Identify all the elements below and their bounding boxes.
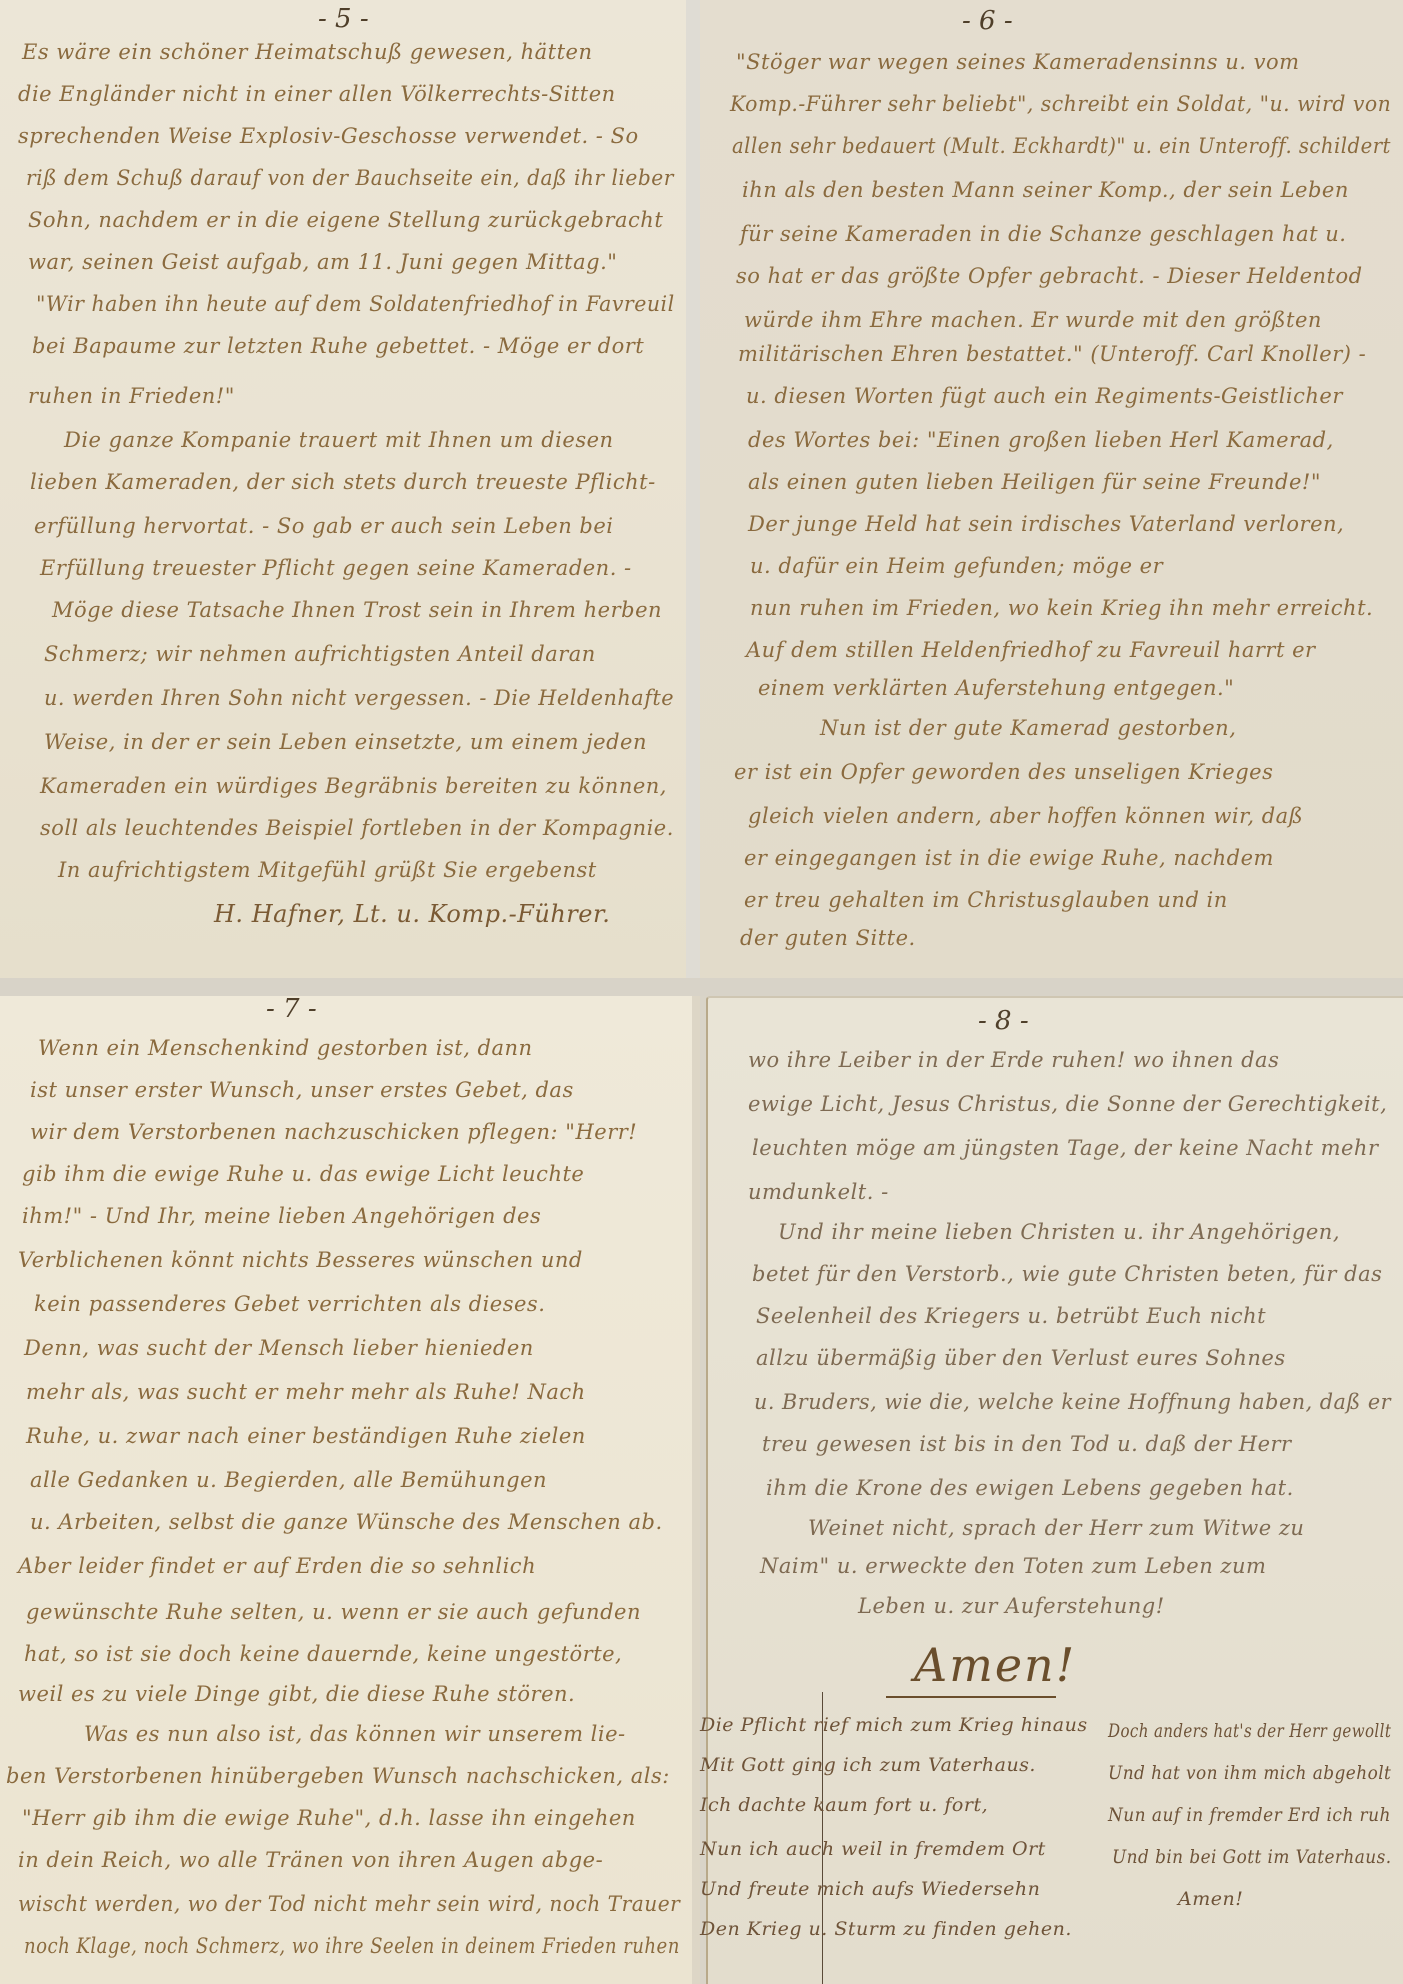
- closing-amen: Amen!: [914, 1638, 1076, 1692]
- text-line: war, seinen Geist aufgab, am 11. Juni ge…: [28, 250, 617, 274]
- text-line: Schmerz; wir nehmen aufrichtigsten Antei…: [44, 642, 596, 666]
- text-line: alle Gedanken u. Begierden, alle Bemühun…: [30, 1468, 547, 1492]
- page-edge: [686, 0, 700, 978]
- text-line: "Stöger war wegen seines Kameradensinns …: [736, 50, 1300, 74]
- text-line: würde ihm Ehre machen. Er wurde mit den …: [744, 308, 1322, 332]
- poem-line: Die Pflicht rief mich zum Krieg hinaus: [700, 1714, 1088, 1736]
- amen-underline: [886, 1696, 1056, 1698]
- text-line: bei Bapaume zur letzten Ruhe gebettet. -…: [32, 334, 644, 358]
- text-line: Leben u. zur Auferstehung!: [858, 1594, 1165, 1618]
- text-line: Kameraden ein würdiges Begräbnis bereite…: [40, 774, 667, 798]
- text-line: wischt werden, wo der Tod nicht mehr sei…: [18, 1892, 680, 1916]
- text-line: für seine Kameraden in die Schanze gesch…: [740, 222, 1346, 246]
- text-line: weil es zu viele Dinge gibt, die diese R…: [18, 1682, 575, 1706]
- text-line: lieben Kameraden, der sich stets durch t…: [30, 470, 656, 494]
- text-line: umdunkelt. -: [748, 1180, 889, 1204]
- text-line: noch Klage, noch Schmerz, wo ihre Seelen…: [24, 1934, 680, 1958]
- text-line: Seelenheil des Kriegers u. betrübt Euch …: [756, 1304, 1266, 1328]
- text-line: riß dem Schuß darauf von der Bauchseite …: [26, 166, 674, 190]
- text-line: Es wäre ein schöner Heimatschuß gewesen,…: [22, 40, 592, 64]
- text-line: In aufrichtigstem Mitgefühl grüßt Sie er…: [58, 858, 597, 882]
- page-6: - 6 - "Stöger war wegen seines Kameraden…: [700, 0, 1403, 978]
- text-line: Möge diese Tatsache Ihnen Trost sein in …: [52, 598, 662, 622]
- poem-line: Mit Gott ging ich zum Vaterhaus.: [700, 1754, 1036, 1776]
- text-line: u. werden Ihren Sohn nicht vergessen. - …: [44, 686, 674, 710]
- text-line: "Wir haben ihn heute auf dem Soldatenfri…: [36, 292, 675, 316]
- text-line: des Wortes bei: "Einen großen lieben Her…: [748, 428, 1334, 452]
- page-number: - 5 -: [318, 4, 369, 34]
- poem-line: Nun ich auch weil in fremdem Ort: [700, 1838, 1046, 1860]
- text-line: er treu gehalten im Christusglauben und …: [744, 888, 1228, 912]
- page-8: - 8 - wo ihre Leiber in der Erde ruhen! …: [706, 996, 1403, 1984]
- text-line: Ruhe, u. zwar nach einer beständigen Ruh…: [26, 1424, 586, 1448]
- text-line: Weise, in der er sein Leben einsetzte, u…: [44, 730, 647, 754]
- text-line: u. diesen Worten fügt auch ein Regiments…: [746, 384, 1343, 408]
- page-number: - 6 -: [962, 6, 1013, 36]
- text-line: ihm!" - Und Ihr, meine lieben Angehörige…: [22, 1204, 541, 1228]
- poem-line: Ich dachte kaum fort u. fort,: [700, 1794, 988, 1816]
- text-line: Erfüllung treuester Pflicht gegen seine …: [40, 556, 632, 580]
- poem-line: Amen!: [1178, 1888, 1243, 1910]
- text-line: Naim" u. erweckte den Toten zum Leben zu…: [760, 1554, 1266, 1578]
- page-edge: [692, 996, 700, 1984]
- text-line: ihm die Krone des ewigen Lebens gegeben …: [766, 1476, 1294, 1500]
- page-number: - 8 -: [978, 1006, 1029, 1036]
- text-line: als einen guten lieben Heiligen für sein…: [748, 470, 1321, 494]
- text-line: sprechenden Weise Explosiv-Geschosse ver…: [18, 124, 639, 148]
- text-line: militärischen Ehren bestattet." (Unterof…: [738, 342, 1366, 366]
- text-line: betet für den Verstorb., wie gute Christ…: [752, 1262, 1382, 1286]
- poem-line: Und hat von ihm mich abgeholt: [1108, 1762, 1391, 1784]
- text-line: erfüllung hervortat. - So gab er auch se…: [34, 514, 614, 538]
- text-line: Komp.-Führer sehr beliebt", schreibt ein…: [730, 92, 1391, 116]
- text-line: soll als leuchtendes Beispiel fortleben …: [40, 816, 674, 840]
- poem-line: Und bin bei Gott im Vaterhaus.: [1112, 1846, 1392, 1868]
- text-line: kein passenderes Gebet verrichten als di…: [34, 1292, 545, 1316]
- poem-line: Nun auf in fremder Erd ich ruh: [1108, 1804, 1391, 1826]
- text-line: Aber leider findet er auf Erden die so s…: [18, 1554, 536, 1578]
- text-line: hat, so ist sie doch keine dauernde, kei…: [24, 1642, 622, 1666]
- text-line: Was es nun also ist, das können wir unse…: [84, 1722, 626, 1746]
- text-line: allzu übermäßig über den Verlust eures S…: [756, 1346, 1286, 1370]
- text-line: treu gewesen ist bis in den Tod u. daß d…: [762, 1432, 1292, 1456]
- text-line: Denn, was sucht der Mensch lieber hienie…: [24, 1336, 534, 1360]
- text-line: ewige Licht, Jesus Christus, die Sonne d…: [748, 1092, 1387, 1116]
- text-line: leuchten möge am jüngsten Tage, der kein…: [752, 1136, 1378, 1160]
- text-line: ruhen in Frieden!": [28, 384, 235, 408]
- text-line: wo ihre Leiber in der Erde ruhen! wo ihn…: [748, 1048, 1279, 1072]
- text-line: Der junge Held hat sein irdisches Vaterl…: [748, 512, 1344, 536]
- page-number: - 7 -: [266, 994, 317, 1024]
- page-7: - 7 - Wenn ein Menschenkind gestorben is…: [0, 996, 692, 1984]
- poem-line: Den Krieg u. Sturm zu finden gehen.: [700, 1918, 1072, 1940]
- text-line: Auf dem stillen Heldenfriedhof zu Favreu…: [746, 638, 1316, 662]
- text-line: "Herr gib ihm die ewige Ruhe", d.h. lass…: [22, 1806, 636, 1830]
- text-line: Weinet nicht, sprach der Herr zum Witwe …: [808, 1516, 1304, 1540]
- text-line: Sohn, nachdem er in die eigene Stellung …: [28, 208, 663, 232]
- signature: H. Hafner, Lt. u. Komp.-Führer.: [214, 900, 610, 928]
- text-line: er ist ein Opfer geworden des unseligen …: [734, 760, 1273, 784]
- text-line: u. Bruders, wie die, welche keine Hoffnu…: [754, 1390, 1391, 1414]
- text-line: ihn als den besten Mann seiner Komp., de…: [742, 178, 1349, 202]
- text-line: Die ganze Kompanie trauert mit Ihnen um …: [64, 428, 614, 452]
- text-line: nun ruhen im Frieden, wo kein Krieg ihn …: [750, 596, 1373, 620]
- text-line: mehr als, was sucht er mehr mehr als Ruh…: [26, 1380, 586, 1404]
- page-5: - 5 - Es wäre ein schöner Heimatschuß ge…: [0, 0, 686, 978]
- text-line: Und ihr meine lieben Christen u. ihr Ang…: [778, 1220, 1340, 1244]
- text-line: so hat er das größte Opfer gebracht. - D…: [736, 264, 1363, 288]
- text-line: ben Verstorbenen hinübergeben Wunsch nac…: [6, 1764, 670, 1788]
- text-line: gib ihm die ewige Ruhe u. das ewige Lich…: [22, 1162, 584, 1186]
- text-line: u. Arbeiten, selbst die ganze Wünsche de…: [30, 1510, 663, 1534]
- text-line: gleich vielen andern, aber hoffen können…: [748, 804, 1303, 828]
- text-line: der guten Sitte.: [740, 926, 916, 950]
- text-line: wir dem Verstorbenen nachzuschicken pfle…: [30, 1120, 637, 1144]
- poem-line: Doch anders hat's der Herr gewollt: [1108, 1720, 1391, 1742]
- poem-line: Und freute mich aufs Wiedersehn: [700, 1878, 1040, 1900]
- text-line: Verblichenen könnt nichts Besseres wünsc…: [18, 1248, 583, 1272]
- text-line: allen sehr bedauert (Mult. Eckhardt)" u.…: [732, 134, 1391, 158]
- page-seam: [0, 978, 1403, 996]
- text-line: Wenn ein Menschenkind gestorben ist, dan…: [38, 1036, 533, 1060]
- text-line: einem verklärten Auferstehung entgegen.": [758, 676, 1234, 700]
- text-line: gewünschte Ruhe selten, u. wenn er sie a…: [26, 1600, 641, 1624]
- text-line: u. dafür ein Heim gefunden; möge er: [750, 554, 1163, 578]
- text-line: ist unser erster Wunsch, unser erstes Ge…: [30, 1078, 574, 1102]
- text-line: Nun ist der gute Kamerad gestorben,: [820, 716, 1236, 740]
- text-line: er eingegangen ist in die ewige Ruhe, na…: [744, 846, 1274, 870]
- text-line: die Engländer nicht in einer allen Völke…: [18, 82, 616, 106]
- text-line: in dein Reich, wo alle Tränen von ihren …: [18, 1848, 603, 1872]
